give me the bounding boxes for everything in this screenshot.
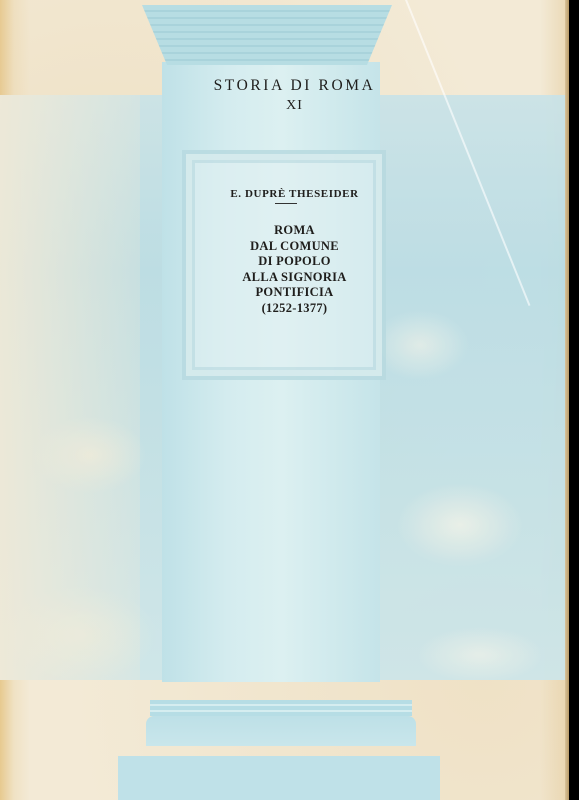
column-plinth	[118, 756, 440, 800]
book-cover: STORIA DI ROMA XI E. DUPRÈ THESEIDER ROM…	[0, 0, 569, 800]
column-base-moulding	[150, 700, 412, 716]
relief-fade	[0, 95, 140, 680]
book-title: ROMA DAL COMUNE DI POPOLO ALLA SIGNORIA …	[10, 223, 569, 316]
divider-rule	[275, 203, 297, 204]
column-base-torus	[146, 716, 416, 746]
title-line: ALLA SIGNORIA	[10, 270, 569, 286]
volume-number: XI	[10, 98, 569, 114]
cover-edge	[565, 0, 569, 800]
title-line: DAL COMUNE	[10, 239, 569, 255]
title-line: DI POPOLO	[10, 254, 569, 270]
author-name: E. DUPRÈ THESEIDER	[10, 188, 569, 200]
series-title: STORIA DI ROMA	[10, 77, 569, 95]
title-dates: (1252-1377)	[10, 301, 569, 317]
title-line: ROMA	[10, 223, 569, 239]
column-capital	[142, 5, 392, 65]
title-line: PONTIFICIA	[10, 285, 569, 301]
